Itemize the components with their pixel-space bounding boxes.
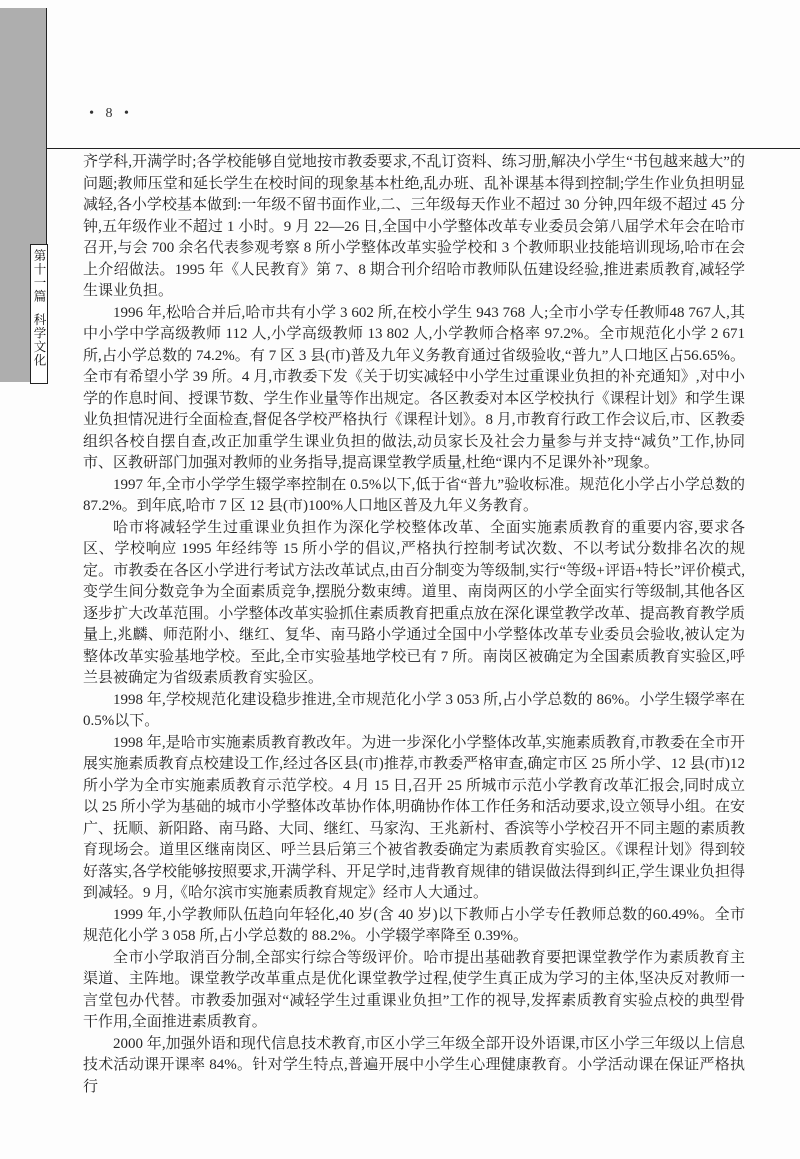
paragraph: 1996 年,松哈合并后,哈市共有小学 3 602 所,在校小学生 943 76… [83,303,745,475]
paragraph: 1999 年,小学教师队伍趋向年轻化,40 岁(含 40 岁)以下教师占小学专任… [83,905,745,948]
body-text: 齐学科,开满学时;各学校能够自觉地按市教委要求,不乱订资料、练习册,解决小学生“… [83,152,745,1098]
paragraph: 1997 年,全市小学学生辍学率控制在 0.5%以下,低于省“普九”验收标准。规… [83,475,745,518]
paragraph: 齐学科,开满学时;各学校能够自觉地按市教委要求,不乱订资料、练习册,解决小学生“… [83,152,745,303]
paragraph: 2000 年,加强外语和现代信息技术教育,市区小学三年级全部开设外语课,市区小学… [83,1034,745,1099]
paragraph: 全市小学取消百分制,全部实行综合等级评价。哈市提出基础教育要把课堂教学作为素质教… [83,948,745,1034]
paragraph: 1998 年,学校规范化建设稳步推进,全市规范化小学 3 053 所,占小学总数… [83,690,745,733]
book-page: 第十一篇 科学文化 • 8 • 齐学科,开满学时;各学校能够自觉地按市教委要求,… [0,0,800,1159]
chapter-tab-section-label: 科学文化 [31,313,47,367]
header-rule [47,148,800,149]
page-number: • 8 • [83,106,139,122]
paragraph: 哈市将减轻学生过重课业负担作为深化学校整体改革、全面实施素质教育的重要内容,要求… [83,518,745,690]
chapter-tab-part-label: 第十一篇 [31,249,47,303]
paragraph: 1998 年,是哈市实施素质教育教改年。为进一步深化小学整体改革,实施素质教育,… [83,733,745,905]
chapter-tab: 第十一篇 科学文化 [30,244,48,384]
